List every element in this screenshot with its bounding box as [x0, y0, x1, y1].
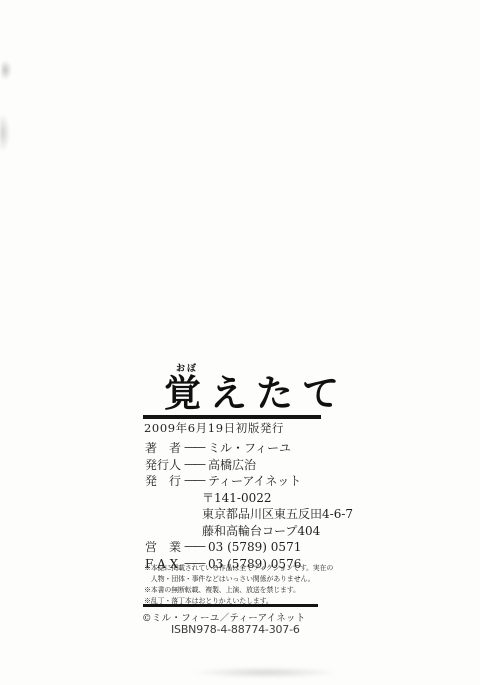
colophon-page: 覚おぼえたて 2009年6月19日初版発行 著 者 —— ミル・フィーユ 発行人… [0, 0, 480, 685]
isbn-number: ISBN978-4-88774-307-6 [171, 623, 300, 636]
issuer-row: 発行人 —— 高橋広治 [145, 457, 385, 474]
postal-code: 〒141-0022 [202, 490, 385, 507]
title-rest: えたて [210, 371, 348, 415]
address-line: 藤和高輪台コープ404 [202, 523, 385, 540]
divider-line-bottom [143, 604, 318, 607]
edition-date: 2009年6月19日初版発行 [144, 420, 284, 436]
sales-label: 営 業 [145, 539, 183, 556]
publication-info: 著 者 —— ミル・フィーユ 発行人 —— 高橋広治 発 行 —— ティーアイネ… [145, 440, 385, 572]
dash-rule: —— [184, 472, 204, 489]
dash-rule: —— [184, 439, 204, 456]
disclaimer-notes: ※本誌に掲載されている作品は全てフィクションです。実在の 人物・団体・事件などは… [144, 563, 364, 607]
address-line: 東京都品川区東五反田4-6-7 [202, 506, 385, 523]
scan-artifact [1, 60, 12, 80]
sales-phone: 03 (5789) 0571 [208, 539, 301, 556]
author-value: ミル・フィーユ [208, 440, 291, 457]
title-kanji: 覚 [164, 371, 210, 415]
dash-rule: —— [184, 456, 204, 473]
title-block: 覚おぼえたて [143, 364, 403, 415]
author-label: 著 者 [145, 440, 183, 457]
scan-artifact [0, 114, 10, 152]
divider-line-top [143, 415, 321, 419]
issuer-value: 高橋広治 [208, 457, 256, 474]
note-line-copyright-ban: ※本書の無断転載、複製、上演、放送を禁じます。 [144, 585, 364, 596]
copyright-line: ©ミル・フィーユ／ティーアイネット [142, 610, 306, 624]
note-line-fiction: ※本誌に掲載されている作品は全てフィクションです。実在の [144, 563, 364, 574]
publisher-address: 〒141-0022 東京都品川区東五反田4-6-7 藤和高輪台コープ404 [202, 490, 385, 540]
scan-shadow [193, 667, 338, 678]
note-line-fiction-2: 人物・団体・事件などはいっさい関係がありません。 [144, 574, 364, 585]
book-title: 覚おぼえたて [164, 364, 403, 415]
dash-rule: —— [184, 538, 204, 555]
title-ruby: 覚おぼ [164, 371, 210, 415]
issuer-label: 発行人 [145, 457, 183, 474]
publisher-label: 発 行 [145, 473, 183, 490]
sales-phone-row: 営 業 —— 03 (5789) 0571 [145, 539, 385, 556]
publisher-value: ティーアイネット [208, 473, 301, 490]
author-row: 著 者 —— ミル・フィーユ [145, 440, 385, 457]
publisher-row: 発 行 —— ティーアイネット [145, 473, 385, 490]
title-furigana: おぼ [164, 364, 210, 374]
